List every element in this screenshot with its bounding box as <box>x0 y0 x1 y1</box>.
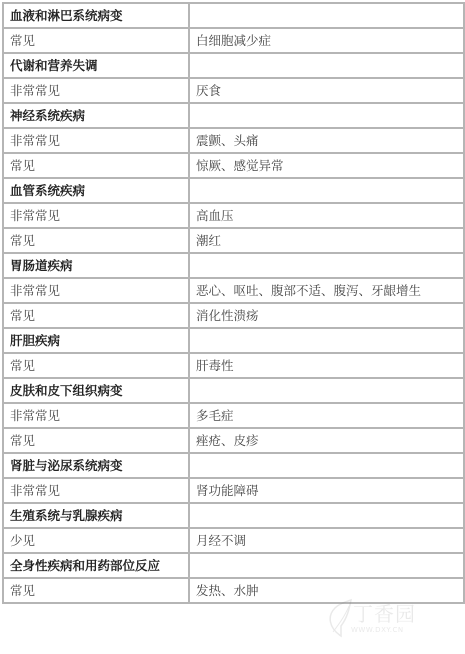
table-row-category: 全身性疾病和用药部位反应 <box>3 553 464 578</box>
frequency-cell: 常见 <box>3 578 189 603</box>
table-row-category: 神经系统疾病 <box>3 103 464 128</box>
category-name: 肝胆疾病 <box>3 328 189 353</box>
table-row: 非常常见 高血压 <box>3 203 464 228</box>
table-row: 常见 潮红 <box>3 228 464 253</box>
table-row: 少见 月经不调 <box>3 528 464 553</box>
category-value <box>189 328 464 353</box>
category-name: 血液和淋巴系统病变 <box>3 3 189 28</box>
category-name: 胃肠道疾病 <box>3 253 189 278</box>
table-row: 常见 痤疮、皮疹 <box>3 428 464 453</box>
category-name: 神经系统疾病 <box>3 103 189 128</box>
category-value <box>189 378 464 403</box>
category-value <box>189 253 464 278</box>
reaction-cell: 多毛症 <box>189 403 464 428</box>
category-value <box>189 503 464 528</box>
reaction-cell: 发热、水肿 <box>189 578 464 603</box>
frequency-cell: 常见 <box>3 28 189 53</box>
category-name: 肾脏与泌尿系统病变 <box>3 453 189 478</box>
frequency-cell: 非常常见 <box>3 478 189 503</box>
reaction-cell: 潮红 <box>189 228 464 253</box>
category-name: 代谢和营养失调 <box>3 53 189 78</box>
category-value <box>189 553 464 578</box>
frequency-cell: 常见 <box>3 228 189 253</box>
reaction-cell: 恶心、呕吐、腹部不适、腹泻、牙龈增生 <box>189 278 464 303</box>
flower-logo-icon <box>325 598 357 638</box>
reaction-cell: 厌食 <box>189 78 464 103</box>
table-row-category: 胃肠道疾病 <box>3 253 464 278</box>
category-name: 血管系统疾病 <box>3 178 189 203</box>
table-row-category: 代谢和营养失调 <box>3 53 464 78</box>
frequency-cell: 常见 <box>3 428 189 453</box>
reaction-cell: 月经不调 <box>189 528 464 553</box>
reaction-cell: 白细胞减少症 <box>189 28 464 53</box>
category-value <box>189 103 464 128</box>
reaction-cell: 惊厥、感觉异常 <box>189 153 464 178</box>
table-row: 非常常见 恶心、呕吐、腹部不适、腹泻、牙龈增生 <box>3 278 464 303</box>
adverse-reactions-table: 血液和淋巴系统病变 常见 白细胞减少症 代谢和营养失调 非常常见 厌食 神经系统… <box>2 2 465 604</box>
frequency-cell: 非常常见 <box>3 403 189 428</box>
table-row: 非常常见 震颤、头痛 <box>3 128 464 153</box>
table-row: 非常常见 肾功能障碍 <box>3 478 464 503</box>
frequency-cell: 非常常见 <box>3 203 189 228</box>
frequency-cell: 非常常见 <box>3 78 189 103</box>
reaction-cell: 肾功能障碍 <box>189 478 464 503</box>
frequency-cell: 常见 <box>3 353 189 378</box>
table-row: 常见 发热、水肿 <box>3 578 464 603</box>
category-name: 皮肤和皮下组织病变 <box>3 378 189 403</box>
table-row: 常见 白细胞减少症 <box>3 28 464 53</box>
frequency-cell: 非常常见 <box>3 128 189 153</box>
category-name: 全身性疾病和用药部位反应 <box>3 553 189 578</box>
frequency-cell: 常见 <box>3 303 189 328</box>
category-value <box>189 178 464 203</box>
reaction-cell: 肝毒性 <box>189 353 464 378</box>
table-row-category: 肝胆疾病 <box>3 328 464 353</box>
table-row: 常见 消化性溃疡 <box>3 303 464 328</box>
frequency-cell: 非常常见 <box>3 278 189 303</box>
table-row: 非常常见 多毛症 <box>3 403 464 428</box>
table-row: 常见 惊厥、感觉异常 <box>3 153 464 178</box>
table-row-category: 血液和淋巴系统病变 <box>3 3 464 28</box>
table-row: 非常常见 厌食 <box>3 78 464 103</box>
reaction-cell: 高血压 <box>189 203 464 228</box>
category-name: 生殖系统与乳腺疾病 <box>3 503 189 528</box>
frequency-cell: 少见 <box>3 528 189 553</box>
category-value <box>189 53 464 78</box>
reaction-cell: 痤疮、皮疹 <box>189 428 464 453</box>
table-row-category: 血管系统疾病 <box>3 178 464 203</box>
reaction-cell: 震颤、头痛 <box>189 128 464 153</box>
watermark-url: WWW.DXY.CN <box>351 626 404 634</box>
frequency-cell: 常见 <box>3 153 189 178</box>
table-row-category: 肾脏与泌尿系统病变 <box>3 453 464 478</box>
table-row-category: 皮肤和皮下组织病变 <box>3 378 464 403</box>
reaction-cell: 消化性溃疡 <box>189 303 464 328</box>
table-row-category: 生殖系统与乳腺疾病 <box>3 503 464 528</box>
category-value <box>189 453 464 478</box>
category-value <box>189 3 464 28</box>
table-row: 常见 肝毒性 <box>3 353 464 378</box>
